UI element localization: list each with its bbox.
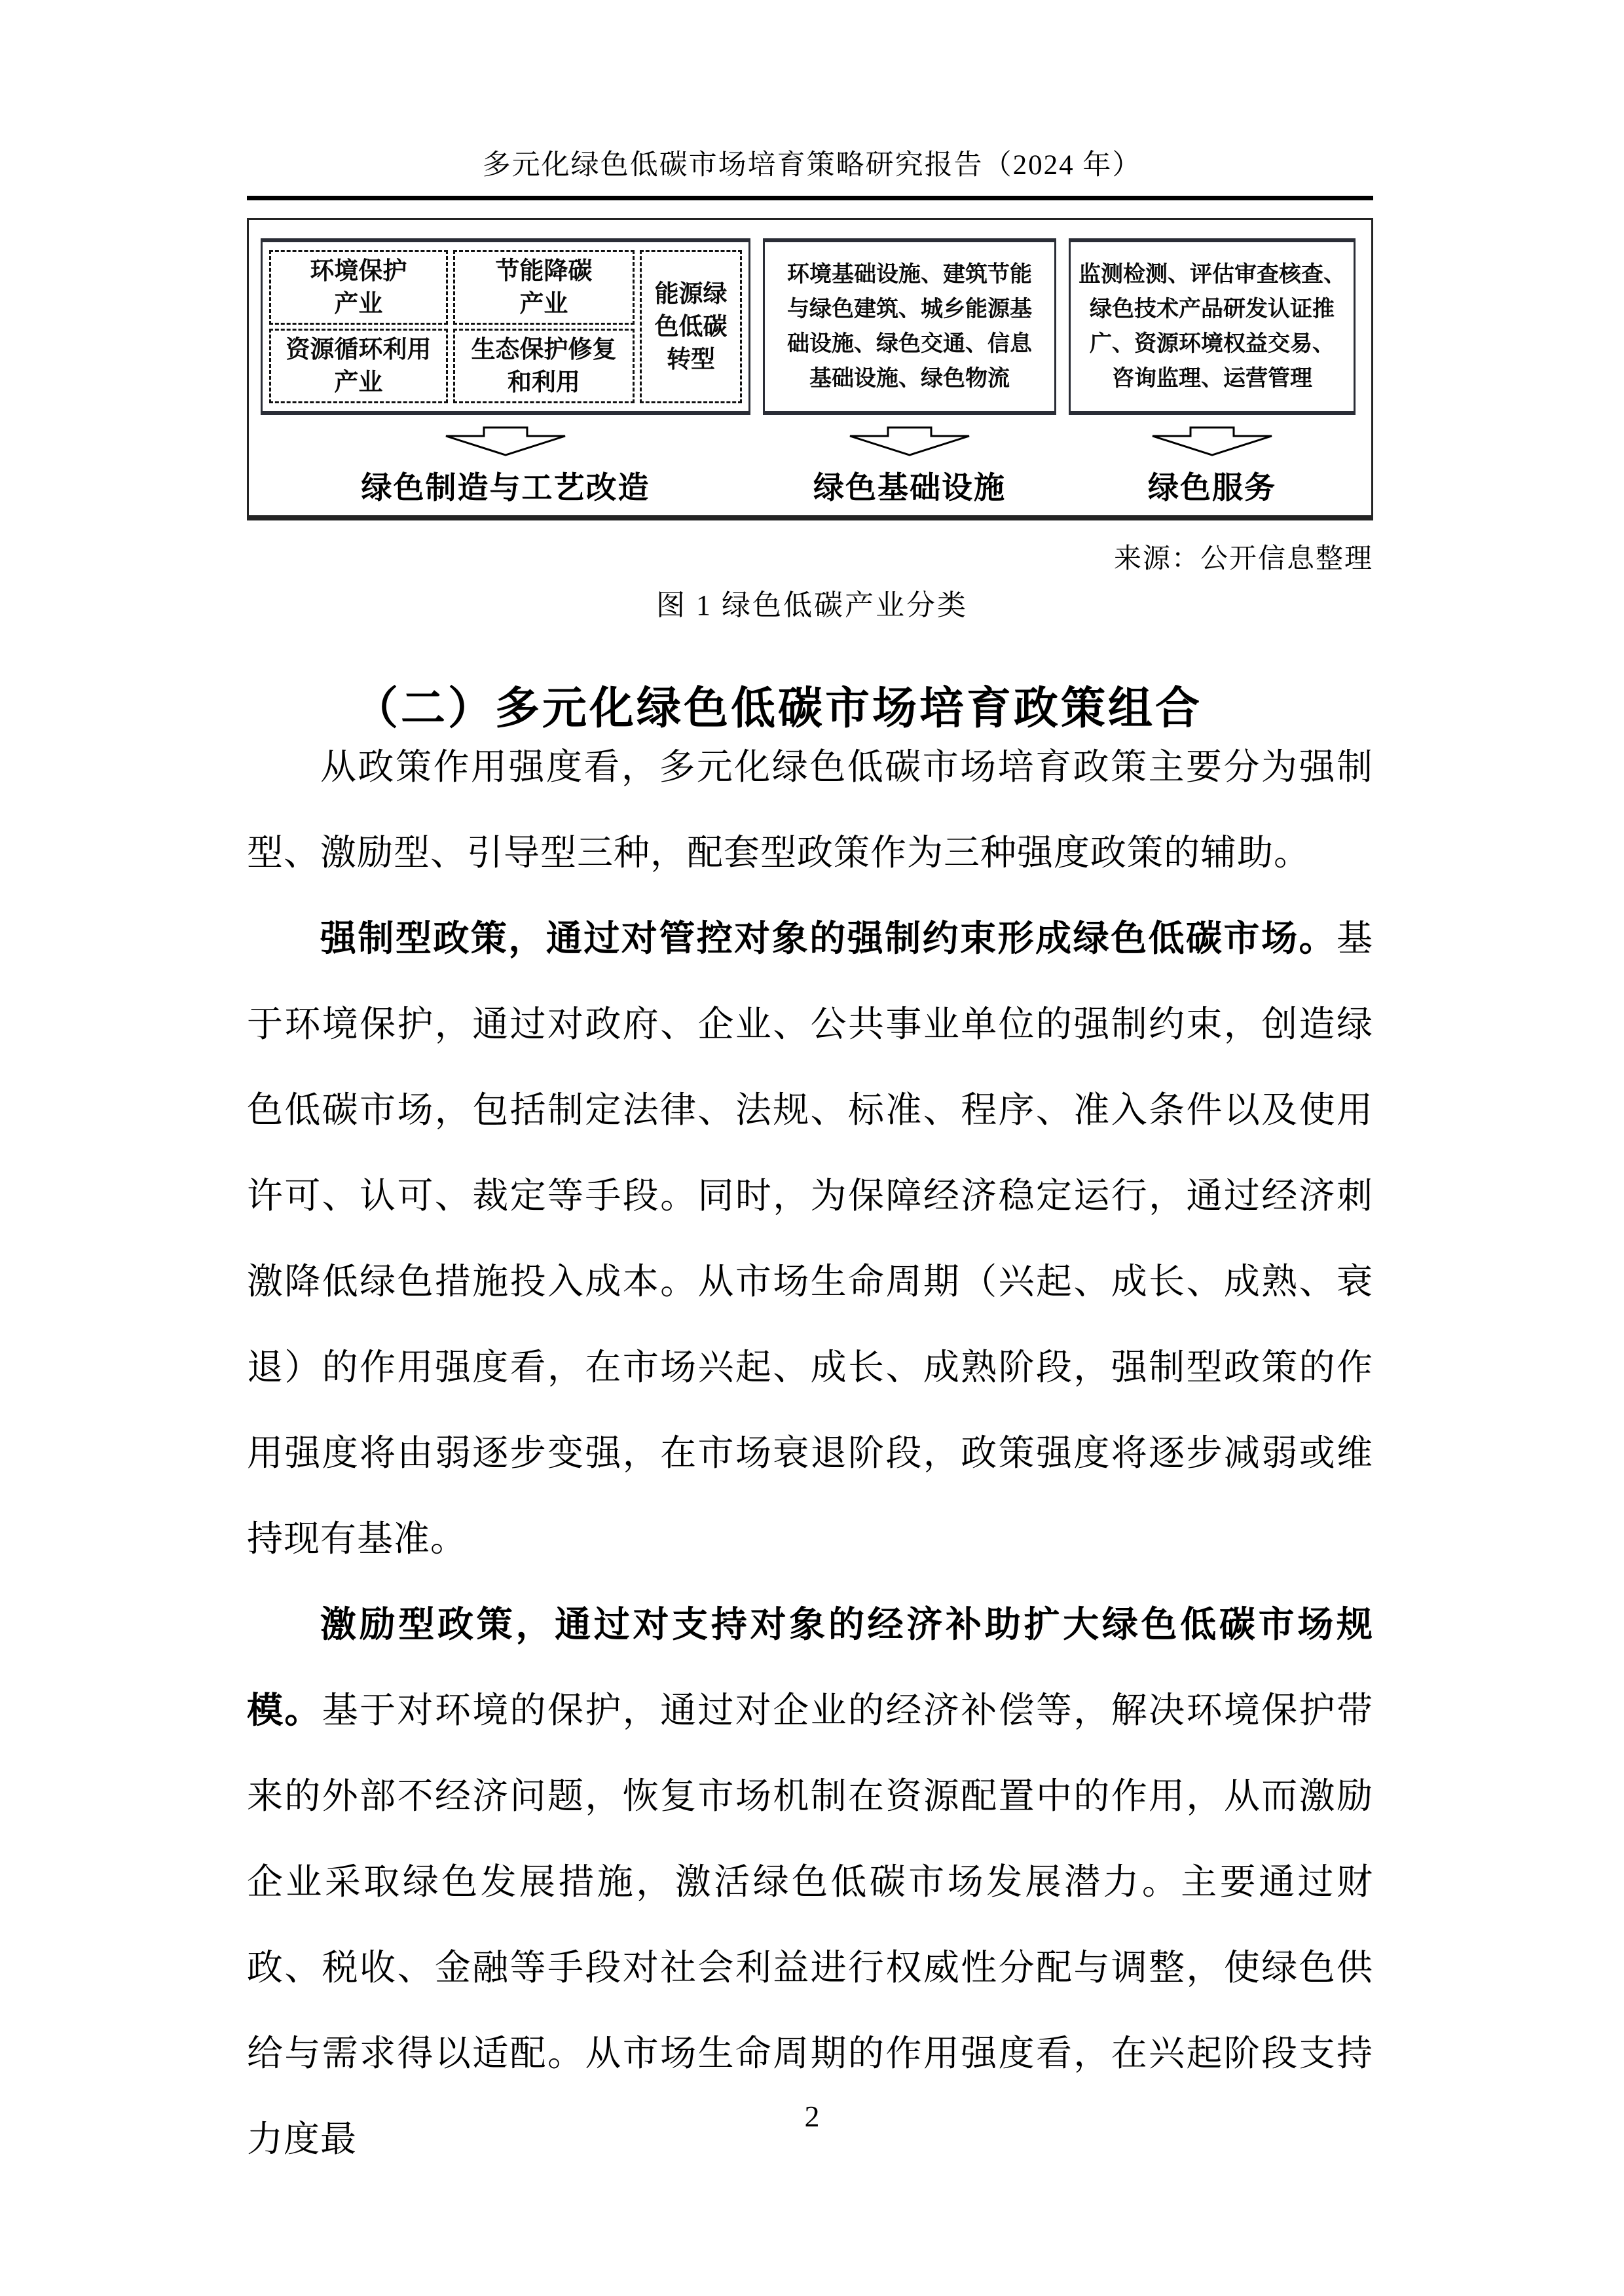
panel-services-text: 监测检测、评估审查核查、 绿色技术产品研发认证推 广、资源环境权益交易、 咨询监… <box>1071 253 1354 400</box>
figure-group-label-manufacturing: 绿色制造与工艺改造 <box>361 464 650 507</box>
panel-services: 监测检测、评估审查核查、 绿色技术产品研发认证推 广、资源环境权益交易、 咨询监… <box>1069 238 1356 415</box>
paragraph-2-text: 基于环境保护，通过对政府、企业、公共事业单位的强制约束，创造绿色低碳市场，包括制… <box>247 919 1373 1559</box>
paragraph-policy-overview: 从政策作用强度看，多元化绿色低碳市场培育政策主要分为强制型、激励型、引导型三种，… <box>247 724 1373 896</box>
panel-infrastructure: 环境基础设施、建筑节能 与绿色建筑、城乡能源基 础设施、绿色交通、信息 基础设施… <box>763 238 1056 415</box>
figure-caption: 图 1 绿色低碳产业分类 <box>0 581 1624 623</box>
dashed-box-environmental-protection: 环境保护 产业 <box>269 250 448 325</box>
figure-group-manufacturing: 环境保护 产业 节能降碳 产业 能源绿 色低碳 转型 资源循环利用 产业 生态保… <box>261 238 750 507</box>
dashed-box-ecological-restoration: 生态保护修复 和利用 <box>453 329 635 403</box>
figure-group-label-services: 绿色服务 <box>1148 464 1276 507</box>
figure-group-label-infrastructure: 绿色基础设施 <box>813 464 1006 507</box>
down-arrow-icon <box>1150 426 1274 457</box>
paragraph-3-text: 基于对环境的保护，通过对企业的经济补偿等，解决环境保护带来的外部不经济问题，恢复… <box>247 1690 1373 2159</box>
page-number: 2 <box>0 2099 1624 2134</box>
figure-source-note: 来源：公开信息整理 <box>247 537 1373 576</box>
dashed-box-energy-saving: 节能降碳 产业 <box>453 250 635 325</box>
dashed-box-grid: 环境保护 产业 节能降碳 产业 能源绿 色低碳 转型 资源循环利用 产业 生态保… <box>263 242 748 411</box>
panel-infrastructure-text: 环境基础设施、建筑节能 与绿色建筑、城乡能源基 础设施、绿色交通、信息 基础设施… <box>765 253 1054 400</box>
dashed-box-energy-transition: 能源绿 色低碳 转型 <box>640 250 742 403</box>
figure-green-industry-classification: 环境保护 产业 节能降碳 产业 能源绿 色低碳 转型 资源循环利用 产业 生态保… <box>247 218 1373 520</box>
running-header-title: 多元化绿色低碳市场培育策略研究报告（2024 年） <box>0 143 1624 183</box>
figure-group-services: 监测检测、评估审查核查、 绿色技术产品研发认证推 广、资源环境权益交易、 咨询监… <box>1069 238 1356 507</box>
paragraph-1-text: 从政策作用强度看，多元化绿色低碳市场培育政策主要分为强制型、激励型、引导型三种，… <box>247 747 1373 873</box>
down-arrow-icon <box>443 426 568 457</box>
panel-manufacturing: 环境保护 产业 节能降碳 产业 能源绿 色低碳 转型 资源循环利用 产业 生态保… <box>261 238 750 415</box>
dashed-box-resource-recycling: 资源循环利用 产业 <box>269 329 448 403</box>
header-rule <box>247 196 1373 200</box>
figure-group-infrastructure: 环境基础设施、建筑节能 与绿色建筑、城乡能源基 础设施、绿色交通、信息 基础设施… <box>763 238 1056 507</box>
down-arrow-icon <box>847 426 972 457</box>
paragraph-incentive-policy: 激励型政策，通过对支持对象的经济补助扩大绿色低碳市场规模。基于对环境的保护，通过… <box>247 1582 1373 2182</box>
paragraph-mandatory-policy: 强制型政策，通过对管控对象的强制约束形成绿色低碳市场。基于环境保护，通过对政府、… <box>247 896 1373 1582</box>
paragraph-2-lead: 强制型政策，通过对管控对象的强制约束形成绿色低碳市场。 <box>320 918 1337 958</box>
document-page: 多元化绿色低碳市场培育策略研究报告（2024 年） 环境保护 产业 节能降碳 产… <box>0 0 1624 2296</box>
body-text: 从政策作用强度看，多元化绿色低碳市场培育政策主要分为强制型、激励型、引导型三种，… <box>247 724 1373 2182</box>
figure-outer-frame: 环境保护 产业 节能降碳 产业 能源绿 色低碳 转型 资源循环利用 产业 生态保… <box>247 218 1373 520</box>
